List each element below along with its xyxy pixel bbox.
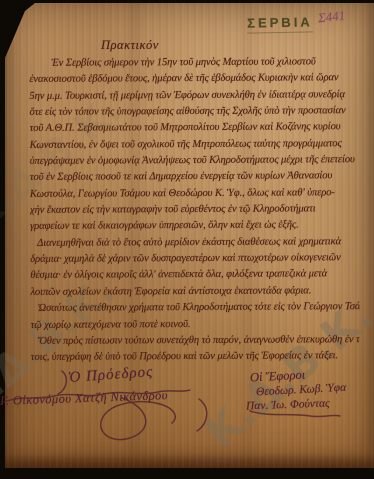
letter-line: 5ην μ.μ. Τουρκιστί, τῇ μερίμνῃ τῶν Ἐφόρω… [29,87,358,105]
document-title: Πρακτικόν [101,38,159,53]
letter-line: Κωστούλα, Γεωργίου Τσάμου καὶ Θεοδώρου Κ… [30,185,359,203]
ephor-signature: Παν. Ἰω. Φούντας [246,398,330,413]
letter-line: τοις, ὑπεγράφη δὲ ὑπὸ τοῦ Προέδρου καὶ τ… [31,348,360,366]
letter-line: γραφείων τε καὶ δικαιογράφων ὑπηρεσιῶν, … [30,218,359,236]
president-signature: Γ. Οἰκονόμου Χατζῆ Νικάνδρου [0,388,168,409]
letter-line: δράμια· χαμηλὰ δὲ χάριν τῶν δυσπραγεστέρ… [30,250,359,268]
letter-line: Κωνσταντίου, ἐν ὄψει τοῦ σχολικοῦ τῆς Μη… [30,136,359,154]
catalog-number: Σ441 [317,8,346,27]
letter-line: τῷ χωρίῳ κατεχόμενα τοῦ ποτὲ κοινοῦ. [31,316,360,334]
letter-line: τοῦ ἐν Σερβίοις ποσοῦ τε καὶ Δημαρχείου … [30,169,359,187]
letter-line: ὅτε εἰς τὸν τόπον τῆς ὑπογραφείσης αἰθού… [29,103,358,121]
letter-line: τοῦ Α.Θ.Π. Σεβασμιωτάτου τοῦ Μητροπολίτο… [30,120,359,138]
president-role-label: Ὁ Πρόεδρος [68,364,154,387]
letter-line: Ὅθεν πρὸς πίστωσιν τούτων συνετάχθη τὸ π… [31,332,360,350]
letter-line: ὑπεγράψαμεν ἐν ὁμοφωνίᾳ Ἀναλήψεως τοῦ Κλ… [30,152,359,170]
letter-scan: Κ.Δ.Β.Κ. Κ.Δ.Β.Κ. Κ.Δ.Β.Κ. ΣΕΡΒΙΑ Σ441 Π… [0,0,374,479]
letter-line: Ὡσαύτως ἀνετέθησαν χρήματα τοῦ Κληροδοτή… [30,299,359,317]
handwritten-text-layer: ΣΕΡΒΙΑ Σ441 Πρακτικόν Ἐν Σερβίοις σήμερο… [0,0,374,479]
ephors-role-label: Οἱ Ἔφοροι [250,368,306,386]
letter-line: χὴν ἕκαστον εἰς τὴν καταγραφὴν τοῦ εὑρεθ… [30,201,359,219]
letter-line: Ἐν Σερβίοις σήμερον τὴν 15ην τοῦ μηνὸς Μ… [29,54,358,72]
letter-line: λοιπῶν σχολείων ἑκάστη Ἐφορεία καὶ ἀντίσ… [30,283,359,301]
letter-line: Διανεμηθῆναι διὰ τὸ ἔτος αὐτὸ μερίδιον ἑ… [30,234,359,252]
letter-line: ἐνακοσιοστοῦ ἑβδόμου ἔτους, ἡμέραν δὲ τῆ… [29,70,358,88]
letter-body: Ἐν Σερβίοις σήμερον τὴν 15ην τοῦ μηνὸς Μ… [29,54,360,366]
archive-stamp: ΣΕΡΒΙΑ [247,14,313,33]
letter-line: θέσμια· ἐν ὀλίγοις καιροῖς ἀλλ' ἀνεπιδεκ… [30,267,359,285]
